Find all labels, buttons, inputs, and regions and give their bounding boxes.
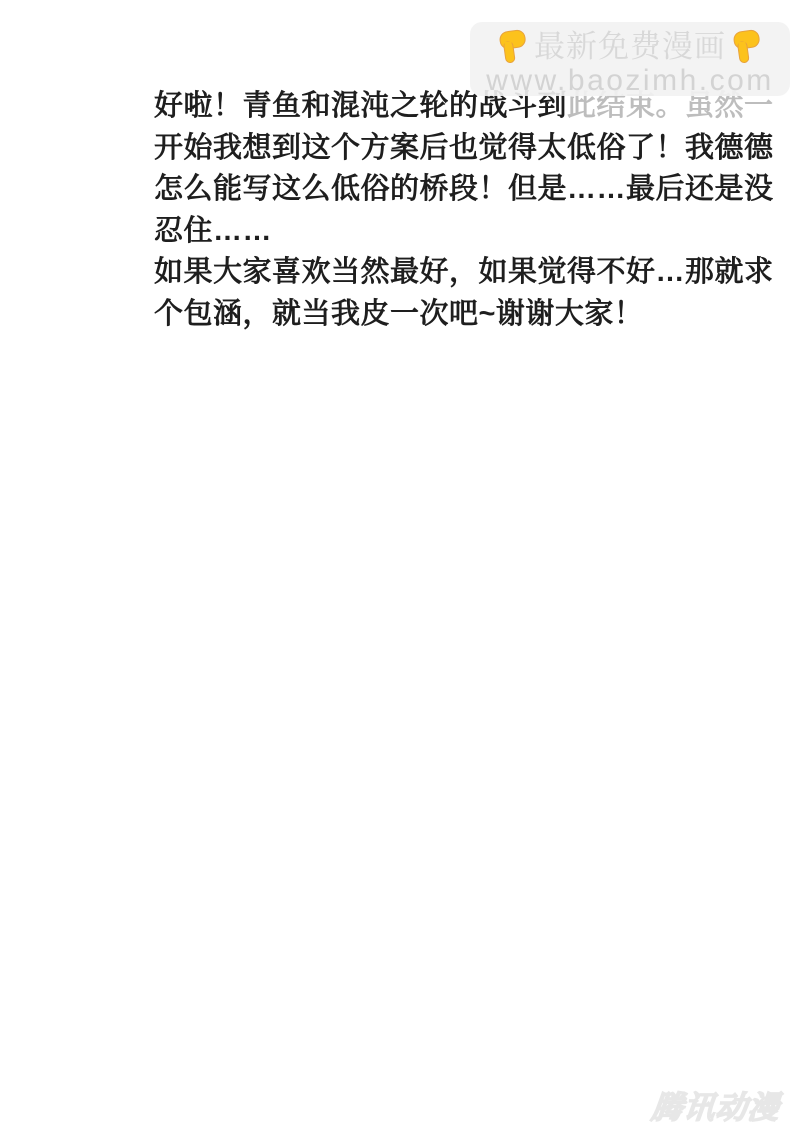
promo-banner: 最新免费漫画 www.baozimh.com <box>470 22 790 96</box>
author-note-line-5: 如果大家喜欢当然最好，如果觉得不好…那就求 <box>154 252 684 294</box>
comic-page: 好啦！青鱼和混沌之轮的战斗到此结束。虽然一 开始我想到这个方案后也觉得太低俗了！… <box>0 0 800 1132</box>
author-note-line-6: 个包涵，就当我皮一次吧~谢谢大家！ <box>154 294 684 336</box>
pointing-down-emoji-icon <box>731 28 763 64</box>
author-note-line-4: 忍住…… <box>154 211 684 253</box>
promo-banner-title: 最新免费漫画 <box>534 31 726 62</box>
promo-banner-url: www.baozimh.com <box>486 66 774 96</box>
author-note: 好啦！青鱼和混沌之轮的战斗到此结束。虽然一 开始我想到这个方案后也觉得太低俗了！… <box>154 86 684 335</box>
pointing-down-emoji-icon <box>497 28 529 64</box>
author-note-line-2: 开始我想到这个方案后也觉得太低俗了！我德德 <box>154 128 684 170</box>
promo-banner-title-row: 最新免费漫画 <box>497 25 763 67</box>
tencent-comics-watermark: 腾讯动漫 <box>650 1082 783 1127</box>
author-note-line-3: 怎么能写这么低俗的桥段！但是……最后还是没 <box>154 169 684 211</box>
